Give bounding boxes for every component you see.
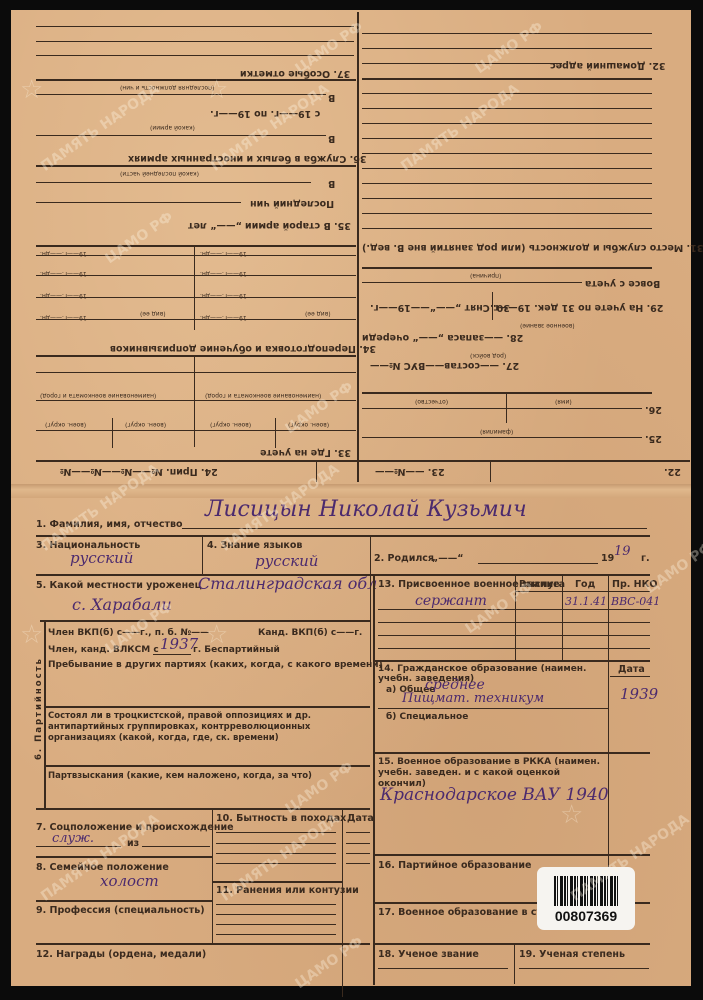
field-32-label: 32. Домашний адрес	[550, 60, 666, 71]
paper-fold	[11, 484, 691, 498]
field-8-value: холост	[100, 872, 159, 890]
field-30-label: 30. Снят „——“——19——г.	[370, 302, 510, 313]
field-24-label: 24. Прип. №——№——№——№	[60, 466, 218, 477]
field-2-year: 19	[614, 544, 631, 559]
field-26-label: 26.	[645, 404, 662, 415]
field-5-value-1: Сталинградская обл	[198, 574, 377, 593]
upper-divider	[357, 12, 359, 482]
field-29-label: 29. На учете по 31 дек. 19——г.	[490, 302, 663, 313]
field-7-value: служ.	[52, 831, 94, 846]
field-33-label: 33. Где на учете	[260, 447, 351, 458]
field-5-label: 5. Какой местности уроженец	[36, 580, 202, 591]
field-19-label: 19. Ученая степень	[519, 949, 625, 960]
field-1-label: 1. Фамилия, имя, отчество	[36, 519, 183, 530]
field-23-label: 23. ——№——	[375, 466, 445, 477]
field-16-label: 16. Партийное образование	[378, 860, 531, 871]
field-14a-date: 1939	[620, 685, 658, 703]
field-18-label: 18. Ученое звание	[378, 949, 479, 960]
field-22-label: 22.	[664, 466, 681, 477]
field-11-label: 11. Ранения или контузии	[216, 885, 359, 896]
field-14a-value-2: Пищмат. техникум	[402, 691, 544, 706]
field-35-label: 35. В старой армии „——“ лет	[188, 220, 351, 231]
field-15-value: Краснодарское ВАУ 1940	[380, 785, 609, 805]
field-31-label: 31. Место службы и должность (или род за…	[362, 242, 703, 253]
other-parties-label: Пребывание в других партиях (каких, когд…	[48, 660, 383, 670]
field-34-label: 34. Переподготовка и обучение допризывни…	[110, 343, 376, 354]
field-28-label: 28. ——запаса „——“ очереди	[362, 332, 523, 343]
barcode-label: 00807369	[537, 867, 635, 930]
field-5-value-2: с. Харабали	[72, 595, 172, 614]
field-4-value: русский	[255, 552, 318, 570]
field-14-label: 14. Гражданское образование (наимен. уче…	[378, 664, 608, 684]
barcode-number: 00807369	[537, 908, 635, 924]
field-3-value: русский	[70, 549, 133, 567]
field-27-label: 27. ——состав——ВУС №——	[370, 360, 519, 371]
party-side-label: 6. Партийность	[34, 657, 44, 760]
field-13-year: 31.1.41	[565, 595, 607, 608]
party-penalties-label: Партвзыскания (какие, кем наложено, когд…	[48, 771, 312, 781]
field-9-label: 9. Профессия (специальность)	[36, 905, 205, 916]
field-13-rank: сержант	[415, 593, 487, 609]
field-37-label: 37. Особые отметки	[240, 68, 350, 79]
field-25-label: 25.	[645, 433, 662, 444]
field-12-label: 12. Награды (ордена, медали)	[36, 949, 206, 960]
field-4-label: 4. Знание языков	[207, 540, 302, 551]
field-1-value: Лисицын Николай Кузьмич	[205, 497, 527, 522]
field-13-order: ВВС-041	[611, 595, 660, 608]
barcode-icon	[554, 876, 618, 906]
trotskyist-label: Состоял ли в троцкистской, правой оппози…	[48, 711, 366, 744]
field-10-label: 10. Бытность в походах	[216, 813, 346, 824]
field-36-label: 36. Служба в белых и иностранных армиях	[128, 153, 367, 164]
field-2-label: 2. Родился	[374, 553, 434, 564]
